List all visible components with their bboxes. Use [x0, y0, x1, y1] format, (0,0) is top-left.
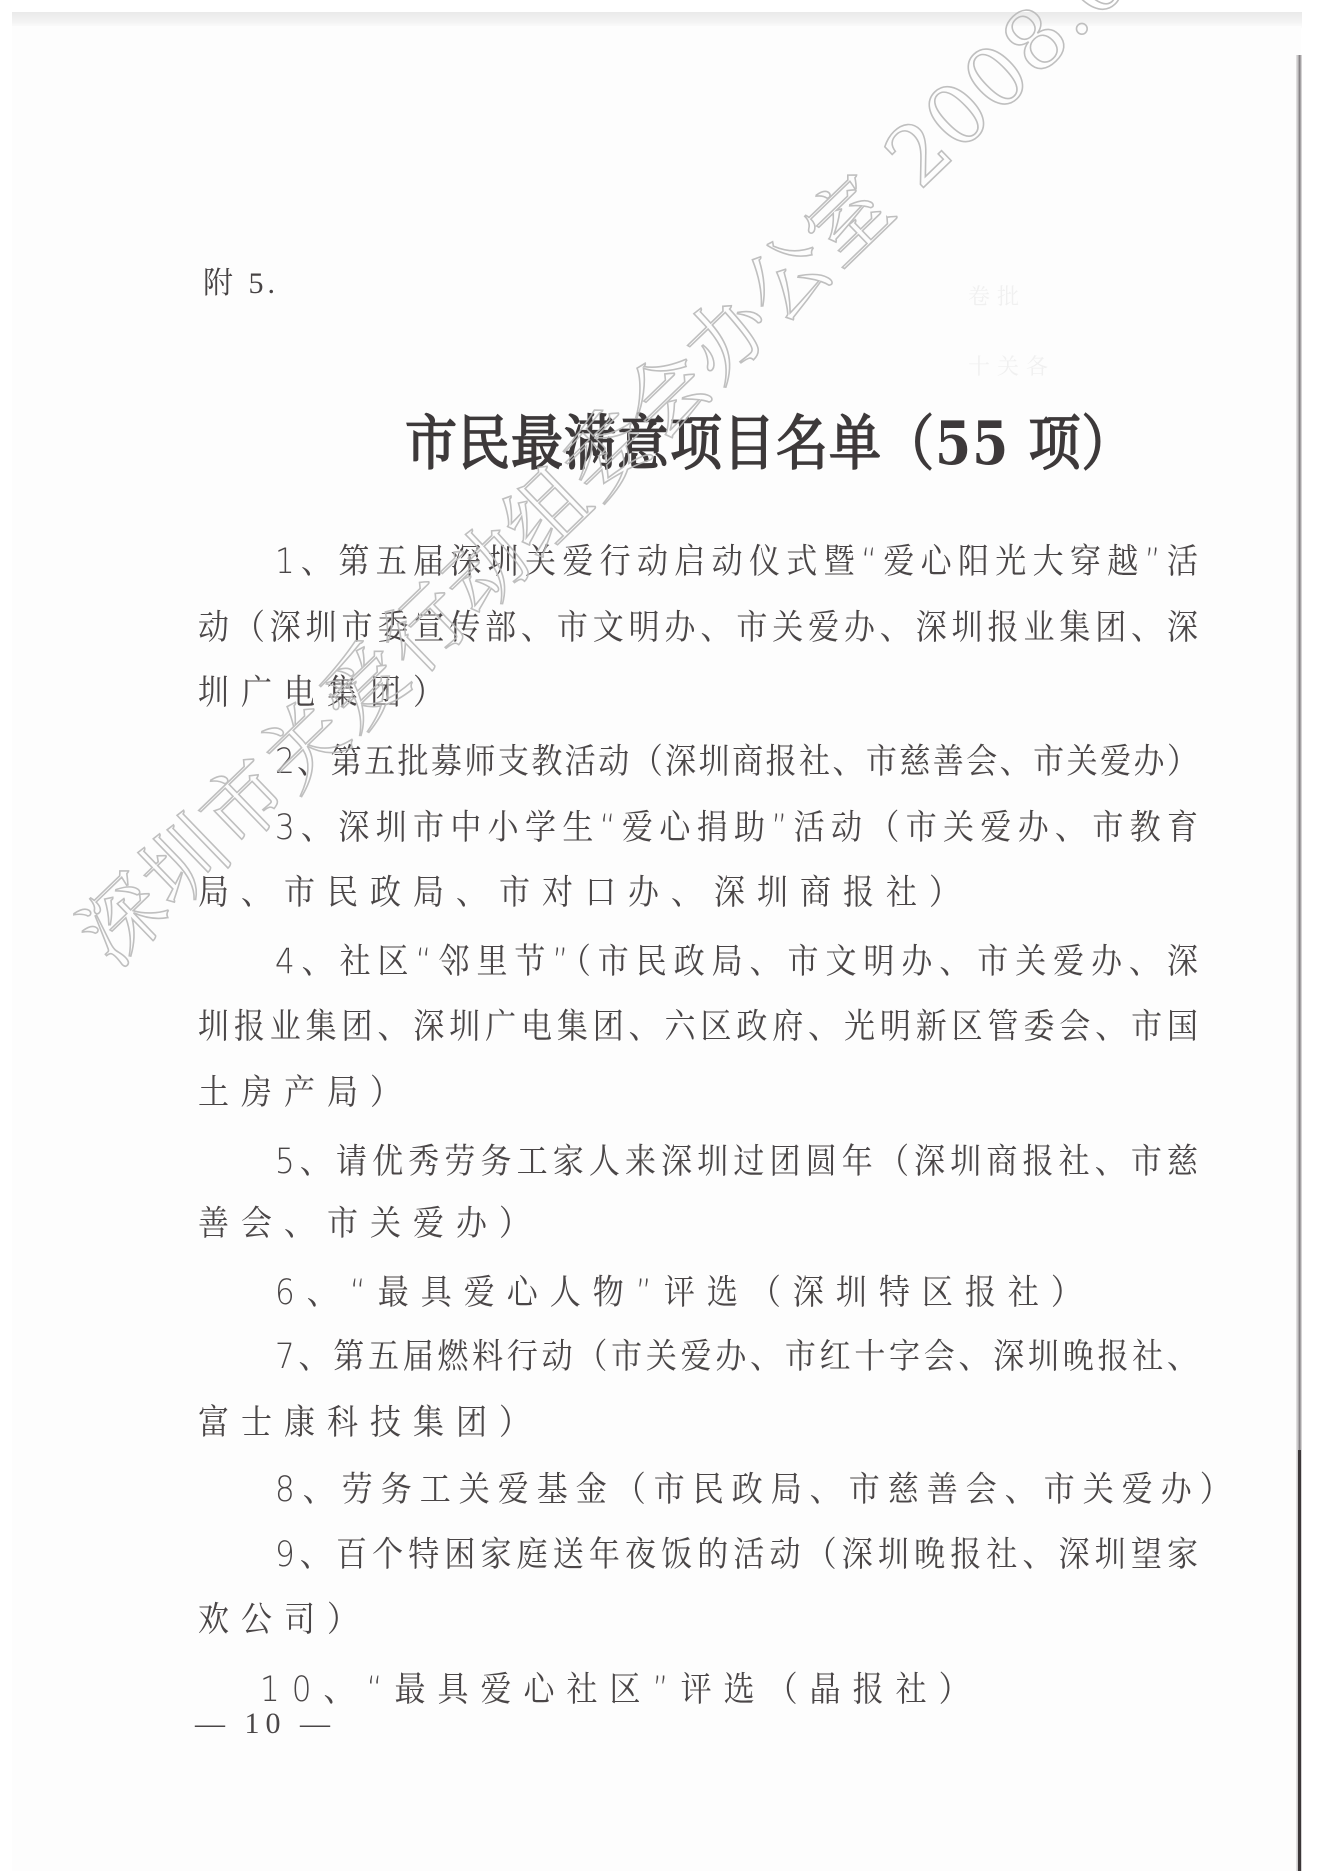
list-item-line: 4、社区“邻里节”（市民政局、市文明办、市关爱办、深	[275, 940, 1198, 985]
page-number: — 10 —	[195, 1707, 336, 1741]
list-item-line: 富士康科技集团）	[198, 1401, 1198, 1446]
list-item-line: 3、深圳市中小学生“爱心捐助”活动（市关爱办、市教育	[275, 806, 1198, 851]
annex-label: 附 5.	[203, 258, 279, 302]
list-item-line: 圳报业集团、深圳广电集团、六区政府、光明新区管委会、市国	[198, 1005, 1198, 1050]
list-item-line: 8、劳务工关爱基金（市民政局、市慈善会、市关爱办）	[275, 1468, 1198, 1513]
list-item-line: 6、“最具爱心人物”评选（深圳特区报社）	[275, 1271, 1198, 1316]
list-item-line: 欢公司）	[198, 1598, 1198, 1643]
list-item-line: 10、“最具爱心社区”评选（晶报社）	[260, 1668, 1183, 1713]
list-item-line: 1、第五届深圳关爱行动启动仪式暨“爱心阳光大穿越”活	[275, 540, 1198, 585]
list-item-line: 圳广电集团）	[198, 671, 1198, 716]
list-item-line: 9、百个特困家庭送年夜饭的活动（深圳晚报社、深圳望家	[275, 1533, 1198, 1578]
list-item-line: 5、请优秀劳务工家人来深圳过团圆年（深圳商报社、市慈	[275, 1140, 1198, 1185]
list-item-line: 善会、市关爱办）	[198, 1202, 1198, 1247]
list-item-line: 7、第五届燃料行动（市关爱办、市红十字会、深圳晚报社、	[275, 1335, 1198, 1380]
page-title: 市民最满意项目名单（55 项）	[405, 395, 1015, 481]
list-item-line: 2、第五批募师支教活动（深圳商报社、市慈善会、市关爱办）	[275, 740, 1198, 785]
page-edge-line	[1298, 1450, 1301, 1871]
list-item-line: 土房产局）	[198, 1071, 1198, 1116]
list-item-line: 动（深圳市委宣传部、市文明办、市关爱办、深圳报业集团、深	[198, 606, 1198, 651]
list-item-line: 局、市民政局、市对口办、深圳商报社）	[198, 871, 1198, 916]
